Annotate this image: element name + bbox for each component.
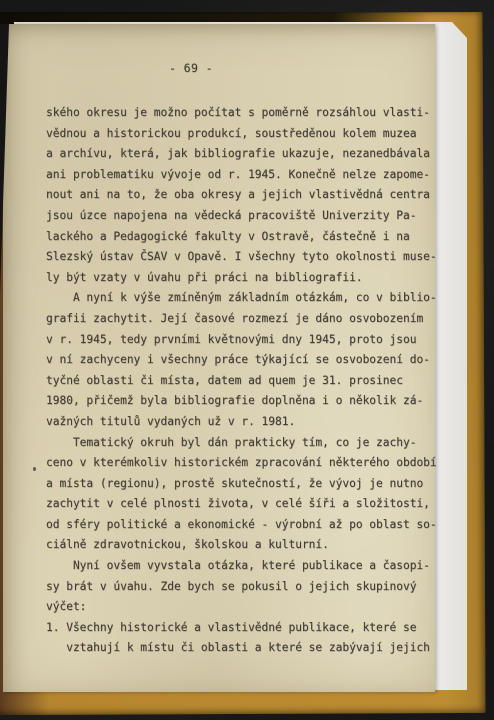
text-line: a archívu, která, jak bibliografie ukazu… — [46, 144, 437, 165]
text-line: ly být vzaty v úvahu při práci na biblio… — [46, 268, 437, 289]
text-line: 1980, přičemž byla bibliografie doplněna… — [46, 391, 437, 412]
page-number: - 69 - — [169, 61, 213, 75]
text-line: ceno v kterémkoliv historickém zpracován… — [46, 453, 437, 474]
text-line: lackého a Pedagogické fakulty v Ostravě,… — [46, 227, 437, 248]
typewritten-text: ského okresu je možno počítat s poměrně … — [46, 103, 437, 659]
text-line: v ní zachyceny i všechny práce týkající … — [46, 350, 437, 371]
text-line: od sféry politické a ekonomické - výrobn… — [46, 515, 437, 536]
text-line: Nyní ovšem vyvstala otázka, které publik… — [46, 556, 437, 577]
text-line: Tematický okruh byl dán prakticky tím, c… — [46, 433, 437, 454]
text-line: Slezský ústav ČSAV v Opavě. I všechny ty… — [46, 247, 437, 268]
text-line: tyčné oblasti či místa, datem ad quem je… — [46, 371, 437, 392]
text-line: jsou úzce napojena na vědecká pracoviště… — [46, 206, 437, 227]
text-line: zachytit v celé plnosti života, v celé š… — [46, 494, 437, 515]
text-line: vědnou a historickou produkcí, soustředě… — [46, 124, 437, 145]
text-line: 1. Všechny historické a vlastivědné publ… — [46, 618, 437, 639]
scanned-page: - 69 - ského okresu je možno počítat s p… — [3, 24, 435, 692]
text-line: nout ani na to, že oba okresy a jejich v… — [46, 185, 437, 206]
text-line: A nyní k výše zmíněným základním otázkám… — [46, 288, 437, 309]
text-line: važných titulů vydaných už v r. 1981. — [46, 412, 437, 433]
text-line: výčet: — [46, 597, 437, 618]
text-line: grafii zachytit. Její časové rozmezí je … — [46, 309, 437, 330]
text-line: sy brát v úvahu. Zde bych se pokusil o j… — [46, 577, 437, 598]
text-line: ani problematiku vývoje od r. 1945. Kone… — [46, 165, 437, 186]
ink-speck — [33, 467, 36, 471]
text-line: a místa (regionu), prostě skutečností, ž… — [46, 474, 437, 495]
text-line: ciálně zdravotnickou, školskou a kulturn… — [46, 535, 437, 556]
text-line: ského okresu je možno počítat s poměrně … — [46, 103, 437, 124]
text-line: vztahují k místu či oblasti a které se z… — [46, 638, 437, 659]
scan-background: - 69 - ského okresu je možno počítat s p… — [0, 0, 494, 720]
text-line: v r. 1945, tedy prvními květnovými dny 1… — [46, 330, 437, 351]
